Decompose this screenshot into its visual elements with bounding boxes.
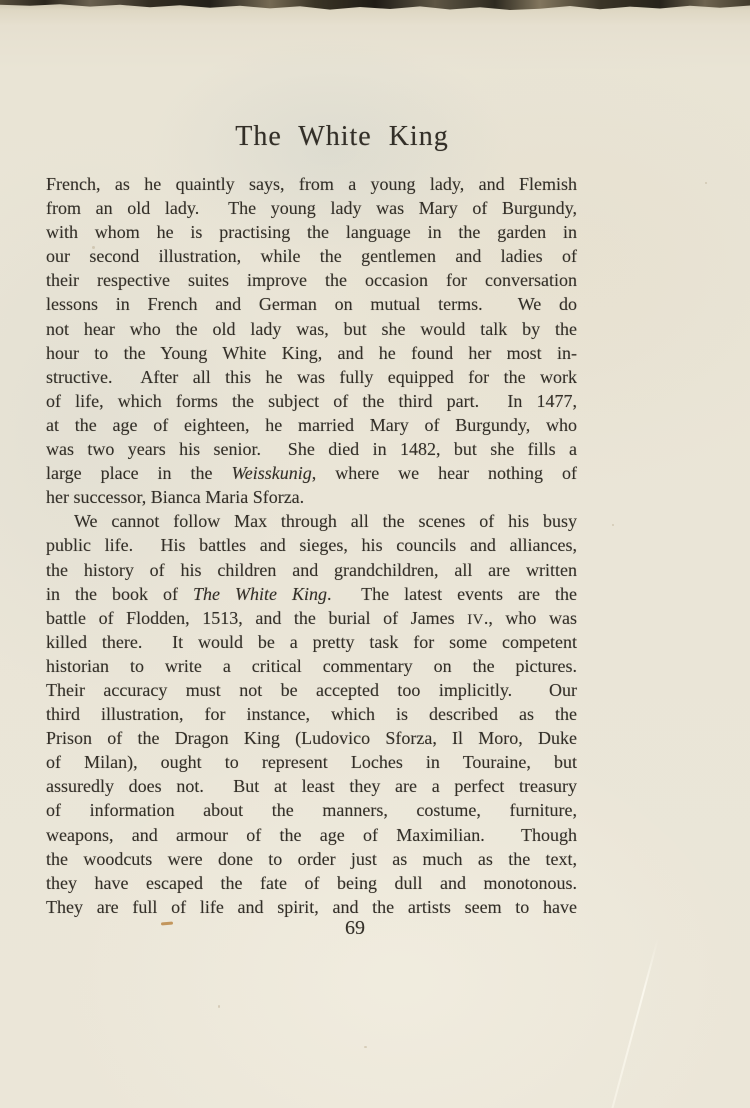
text-segment: Prison of the Dragon King (Ludovico Sfor… bbox=[46, 728, 577, 748]
text-line: lessons in French and German on mutual t… bbox=[46, 292, 577, 316]
text-segment: our second illustration, while the gentl… bbox=[46, 246, 577, 266]
text-line: structive. After all this he was fully e… bbox=[46, 365, 577, 389]
text-line: killed there. It would be a pretty task … bbox=[46, 630, 577, 654]
text-block: French, as he quaintly says, from a youn… bbox=[46, 172, 577, 919]
text-segment: weapons, and armour of the age of Maximi… bbox=[46, 825, 577, 845]
text-segment: of life, which forms the subject of the … bbox=[46, 391, 577, 411]
text-line: of Milan), ought to represent Loches in … bbox=[46, 750, 577, 774]
paper-speck bbox=[705, 182, 707, 184]
text-segment: killed there. It would be a pretty task … bbox=[46, 632, 577, 652]
text-segment: with whom he is practising the language … bbox=[46, 222, 577, 242]
text-line: her successor, Bianca Maria Sforza. bbox=[46, 485, 577, 509]
text-line: not hear who the old lady was, but she w… bbox=[46, 317, 577, 341]
text-segment: at the age of eighteen, he married Mary … bbox=[46, 415, 577, 435]
text-segment-italic: Weisskunig bbox=[231, 463, 311, 483]
text-line: of life, which forms the subject of the … bbox=[46, 389, 577, 413]
text-line: weapons, and armour of the age of Maximi… bbox=[46, 823, 577, 847]
page-number: 69 bbox=[0, 915, 730, 941]
text-segment: , where we hear nothing of bbox=[312, 463, 577, 483]
text-line: in the book of The White King. The lates… bbox=[46, 582, 577, 606]
text-segment: hour to the Young White King, and he fou… bbox=[46, 343, 577, 363]
text-line: battle of Flodden, 1513, and the burial … bbox=[46, 606, 577, 630]
text-segment-smallcaps: IV bbox=[467, 612, 484, 628]
text-line: public life. His battles and sieges, his… bbox=[46, 533, 577, 557]
text-segment: French, as he quaintly says, from a youn… bbox=[46, 174, 577, 194]
text-segment: third illustration, for instance, which … bbox=[46, 704, 577, 724]
text-line: at the age of eighteen, he married Mary … bbox=[46, 413, 577, 437]
text-line: assuredly does not. But at least they ar… bbox=[46, 774, 577, 798]
text-segment: of information about the manners, costum… bbox=[46, 800, 577, 820]
text-line: hour to the Young White King, and he fou… bbox=[46, 341, 577, 365]
text-segment: structive. After all this he was fully e… bbox=[46, 367, 577, 387]
text-segment: was two years his senior. She died in 14… bbox=[46, 439, 577, 459]
text-line: We cannot follow Max through all the sce… bbox=[46, 509, 577, 533]
book-top-edge bbox=[0, 0, 750, 10]
paper-speck bbox=[612, 524, 614, 526]
text-segment: public life. His battles and sieges, his… bbox=[46, 535, 577, 555]
text-segment: battle of Flodden, 1513, and the burial … bbox=[46, 608, 467, 628]
text-line: they have escaped the fate of being dull… bbox=[46, 871, 577, 895]
text-segment: they have escaped the fate of being dull… bbox=[46, 873, 577, 893]
text-line: the history of his children and grandchi… bbox=[46, 558, 577, 582]
text-segment: Their accuracy must not be accepted too … bbox=[46, 680, 577, 700]
text-segment: her successor, Bianca Maria Sforza. bbox=[46, 487, 304, 507]
text-line: from an old lady. The young lady was Mar… bbox=[46, 196, 577, 220]
paper-crease bbox=[610, 938, 659, 1108]
text-line: their respective suites improve the occa… bbox=[46, 268, 577, 292]
text-segment: the woodcuts were done to order just as … bbox=[46, 849, 577, 869]
text-segment: . The latest events are the bbox=[327, 584, 577, 604]
text-segment: We cannot follow Max through all the sce… bbox=[74, 511, 577, 531]
text-line: our second illustration, while the gentl… bbox=[46, 244, 577, 268]
text-segment: assuredly does not. But at least they ar… bbox=[46, 776, 577, 796]
paper-speck bbox=[92, 246, 95, 249]
text-segment: They are full of life and spirit, and th… bbox=[46, 897, 577, 917]
text-line: Prison of the Dragon King (Ludovico Sfor… bbox=[46, 726, 577, 750]
text-line: Their accuracy must not be accepted too … bbox=[46, 678, 577, 702]
text-line: third illustration, for instance, which … bbox=[46, 702, 577, 726]
text-line: French, as he quaintly says, from a youn… bbox=[46, 172, 577, 196]
text-segment: in the book of bbox=[46, 584, 193, 604]
text-segment: not hear who the old lady was, but she w… bbox=[46, 319, 577, 339]
text-line: historian to write a critical commentary… bbox=[46, 654, 577, 678]
text-segment: of Milan), ought to represent Loches in … bbox=[46, 752, 577, 772]
text-line: was two years his senior. She died in 14… bbox=[46, 437, 577, 461]
text-segment: large place in the bbox=[46, 463, 231, 483]
text-line: of information about the manners, costum… bbox=[46, 798, 577, 822]
scanned-book-page: The White King French, as he quaintly sa… bbox=[0, 0, 750, 1108]
text-segment-italic: The White King bbox=[193, 584, 327, 604]
text-line: the woodcuts were done to order just as … bbox=[46, 847, 577, 871]
page-title: The White King bbox=[0, 120, 717, 154]
paragraph: We cannot follow Max through all the sce… bbox=[46, 509, 577, 919]
text-segment: ., who was bbox=[484, 608, 577, 628]
text-segment: historian to write a critical commentary… bbox=[46, 656, 577, 676]
text-segment: their respective suites improve the occa… bbox=[46, 270, 577, 290]
text-segment: the history of his children and grandchi… bbox=[46, 560, 577, 580]
paper-speck bbox=[364, 1046, 367, 1048]
text-segment: from an old lady. The young lady was Mar… bbox=[46, 198, 577, 218]
text-line: with whom he is practising the language … bbox=[46, 220, 577, 244]
text-line: large place in the Weisskunig, where we … bbox=[46, 461, 577, 485]
text-segment: lessons in French and German on mutual t… bbox=[46, 294, 577, 314]
paper-speck bbox=[218, 1005, 220, 1008]
paragraph: French, as he quaintly says, from a youn… bbox=[46, 172, 577, 509]
